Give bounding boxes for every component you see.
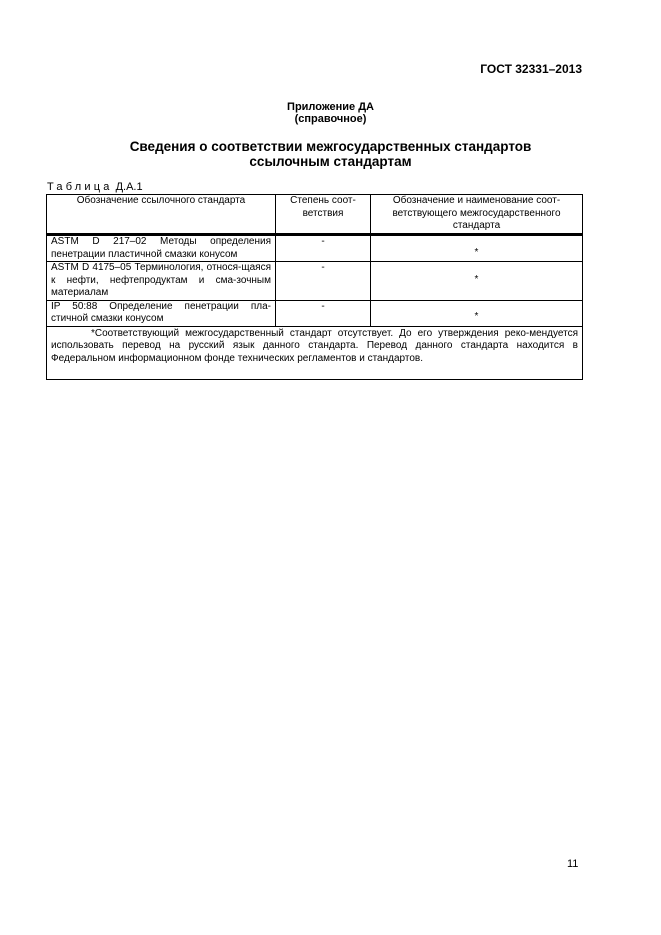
header-degree-of-correspondence: Степень соот-ветствия: [276, 195, 371, 235]
cell-degree: -: [276, 235, 371, 262]
document-code: ГОСТ 32331–2013: [480, 62, 582, 76]
appendix-type: (справочное): [0, 113, 661, 125]
cell-interstate: *: [371, 262, 583, 301]
header-interstate-standard: Обозначение и наименование соот-ветствую…: [371, 195, 583, 235]
appendix-label: Приложение ДА: [0, 101, 661, 113]
footnote-text: *Соответствующий межгосударственный стан…: [51, 328, 578, 364]
table-caption: Таблица Д.А.1: [47, 181, 143, 193]
cell-reference: ASTM D 4175–05 Терминология, относя-щаяс…: [47, 262, 276, 301]
table-row: IP 50:88 Определение пенетрации пла-стич…: [47, 300, 583, 326]
table-caption-number: Д.А.1: [116, 181, 143, 193]
footnote-marker: *: [475, 247, 479, 262]
footnote-marker: *: [475, 274, 479, 289]
appendix-heading: Приложение ДА (справочное): [0, 101, 661, 125]
cell-reference: ASTM D 217–02 Методы определения пенетра…: [47, 235, 276, 262]
section-title-line-1: Сведения о соответствии межгосударственн…: [0, 139, 661, 154]
section-title: Сведения о соответствии межгосударственн…: [0, 139, 661, 169]
cell-interstate: *: [371, 235, 583, 262]
page-number: 11: [567, 858, 578, 870]
table-caption-word: Таблица: [47, 181, 113, 193]
cell-interstate: *: [371, 300, 583, 326]
section-title-line-2: ссылочным стандартам: [0, 154, 661, 169]
footnote-marker: *: [475, 311, 479, 326]
correspondence-table: Обозначение ссылочного стандарта Степень…: [46, 194, 583, 380]
table-row: ASTM D 217–02 Методы определения пенетра…: [47, 235, 583, 262]
cell-reference: IP 50:88 Определение пенетрации пла-стич…: [47, 300, 276, 326]
cell-degree: -: [276, 300, 371, 326]
table-footnote-row: *Соответствующий межгосударственный стан…: [47, 326, 583, 379]
table-header-row: Обозначение ссылочного стандарта Степень…: [47, 195, 583, 235]
table-row: ASTM D 4175–05 Терминология, относя-щаяс…: [47, 262, 583, 301]
table-footnote: *Соответствующий межгосударственный стан…: [47, 326, 583, 379]
cell-degree: -: [276, 262, 371, 301]
header-reference-standard: Обозначение ссылочного стандарта: [47, 195, 276, 235]
